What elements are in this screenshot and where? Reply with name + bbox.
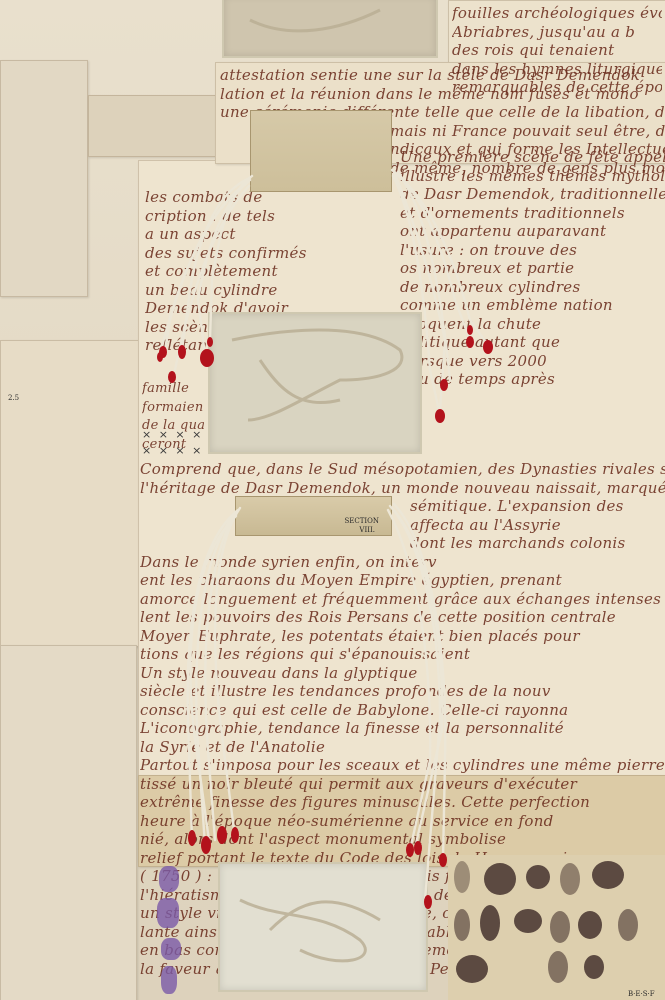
match-bundles [0, 0, 665, 1000]
artwork-canvas: fouilles archéologiques évoqu Abriabres,… [0, 0, 665, 1000]
